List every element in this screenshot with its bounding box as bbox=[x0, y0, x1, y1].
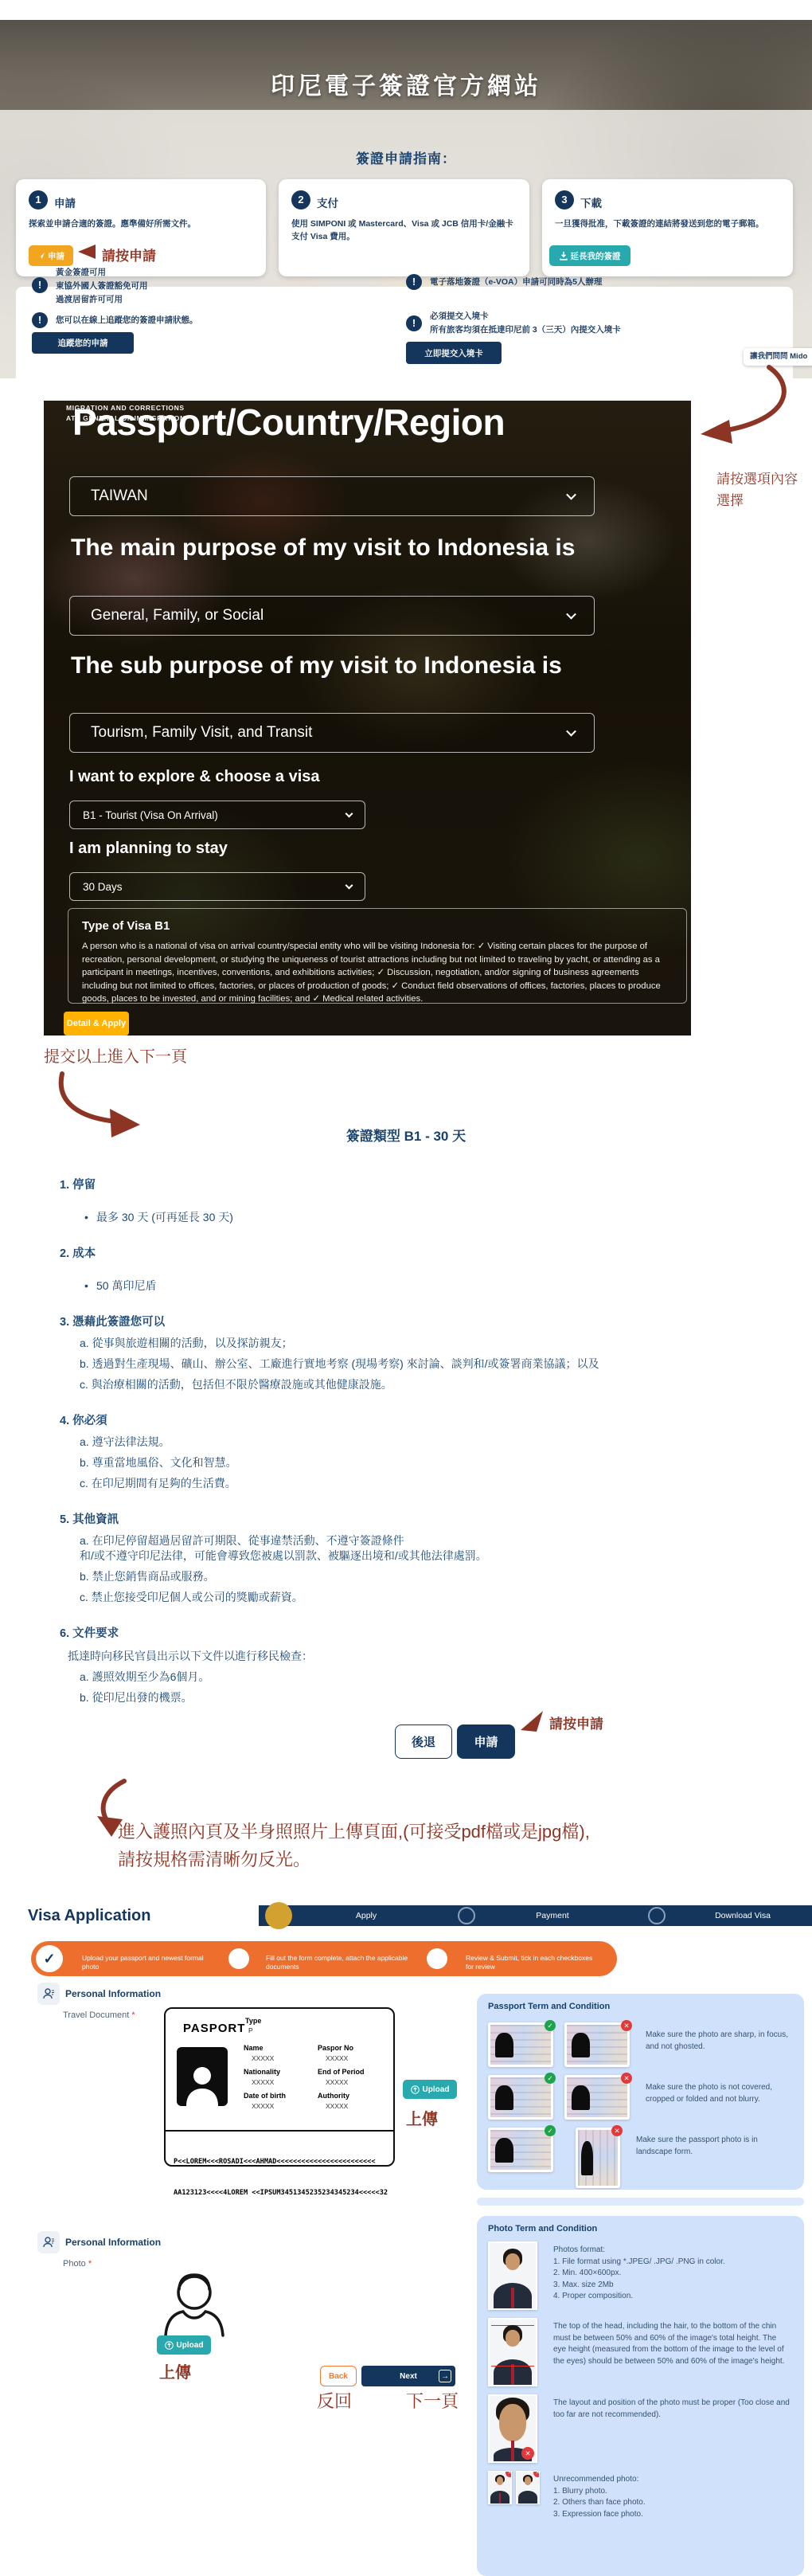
visa-detail-line: 3. 憑藉此簽證您可以 bbox=[60, 1315, 784, 1330]
photo-examples: ✕ ✕ bbox=[488, 2394, 542, 2464]
passport-silhouette-icon bbox=[495, 2033, 513, 2057]
passport-field-label: End of Period bbox=[318, 2068, 387, 2076]
cross-badge-icon: ✕ bbox=[621, 2020, 632, 2031]
visa-type-value: B1 - Tourist (Visa On Arrival) bbox=[83, 809, 218, 821]
annotation-press-apply: 請按申請 bbox=[102, 245, 156, 264]
step-indicator-active-icon bbox=[265, 1902, 292, 1929]
annotation-back: 反回 bbox=[317, 2388, 352, 2413]
visa-detail-line: 5. 其他資訊 bbox=[60, 1513, 784, 1528]
extend-visa-button[interactable]: 延長我的簽證 bbox=[549, 245, 630, 266]
visa-detail-line: 2. 成本 bbox=[60, 1247, 784, 1262]
passport-terms-title: Passport Term and Condition bbox=[477, 1994, 804, 2014]
chevron-down-icon bbox=[345, 810, 353, 818]
passport-field-label: Date of birth bbox=[244, 2092, 313, 2100]
next-button[interactable]: Next → bbox=[361, 2366, 455, 2386]
visa-detail-line: c. 禁止您接受印尼個人或公司的獎勵或薪資。 bbox=[80, 1590, 784, 1605]
sub-purpose-select[interactable]: Tourism, Family Visit, and Transit bbox=[69, 713, 595, 753]
country-select-value: TAIWAN bbox=[91, 487, 148, 505]
passport-term-text: Make sure the passport photo is in lands… bbox=[631, 2128, 793, 2190]
cross-badge-icon: ✕ bbox=[521, 2447, 534, 2460]
evisa-selector-screenshot: MIGRATION AND CORRECTIONS ATE GENERAL OF… bbox=[44, 401, 691, 1035]
portrait-photo-example: ✕ bbox=[488, 2318, 537, 2386]
note-visa-types: 黃金簽證可用 東協外國人簽證豁免可用 過渡居留許可可用 bbox=[56, 266, 374, 307]
visa-detail-line: 最多 30 天 (可再延長 30 天) bbox=[96, 1210, 784, 1225]
photo-term-text: Photos format: 1. File format using *.JP… bbox=[542, 2241, 728, 2312]
main-purpose-select[interactable]: General, Family, or Social bbox=[69, 596, 595, 636]
application-stepper: Apply Payment Download Visa bbox=[259, 1905, 812, 1926]
heading-sub-purpose: The sub purpose of my visit to Indonesia… bbox=[71, 652, 562, 679]
passport-field: Date of birth XXXXX bbox=[244, 2092, 313, 2110]
photo-tie bbox=[511, 2288, 515, 2308]
check-badge-icon: ✓ bbox=[545, 2125, 556, 2136]
visa-detail-line: 6. 文件要求 bbox=[60, 1627, 784, 1642]
upload-photo-button[interactable]: Upload bbox=[157, 2335, 211, 2355]
submit-arrival-card-button[interactable]: 立即提交入境卡 bbox=[406, 342, 502, 364]
photo-label-text: Photo bbox=[63, 2259, 86, 2269]
cross-badge-icon: ✕ bbox=[533, 2471, 540, 2477]
note-evoa: 電子落地簽證（e-VOA）申請可同時為5人辦理 bbox=[430, 276, 772, 289]
step-title: 支付 bbox=[317, 194, 338, 210]
photo-examples: ✕ ✕ bbox=[488, 2241, 542, 2312]
photo-face bbox=[506, 2330, 521, 2347]
section-personal-information: Personal Information bbox=[65, 1988, 161, 1999]
step-card-download: 3 下載 一旦獲得批准，下載簽證的連結將發送到您的電子郵箱。 延長我的簽證 bbox=[542, 179, 793, 276]
visa-type-select[interactable]: B1 - Tourist (Visa On Arrival) bbox=[69, 801, 365, 829]
page-title: 印尼電子簽證官方網站 bbox=[0, 66, 812, 101]
step-description: 探索並申請合適的簽證。應準備好所需文件。 bbox=[29, 217, 256, 230]
stepper-tab-payment[interactable]: Payment bbox=[536, 1911, 568, 1920]
person-icon bbox=[37, 2231, 60, 2253]
passport-term-text: Make sure the photo is not covered, crop… bbox=[641, 2075, 793, 2120]
passport-field: Name XXXXX bbox=[244, 2044, 313, 2062]
next-button-label: Next bbox=[400, 2372, 417, 2381]
visa-detail-line: a. 從事與旅遊相關的活動，以及探訪親友； bbox=[80, 1336, 784, 1351]
passport-mrz: P<<LOREM<<<ROSADI<<<AHMAD<<<<<<<<<<<<<<<… bbox=[174, 2136, 388, 2219]
passport-field: Paspor No XXXXX bbox=[318, 2044, 387, 2062]
passport-divider bbox=[166, 2130, 393, 2132]
mrz-line-2: AA123123<<<<4LOREM <<IPSUM34513452352343… bbox=[174, 2188, 388, 2198]
avatar-placeholder-image bbox=[156, 2270, 232, 2337]
passport-field-value: XXXXX bbox=[244, 2076, 313, 2086]
application-substepper: ✓ Upload your passport and newest formal… bbox=[31, 1941, 617, 1976]
apply-button-label: 申請 bbox=[48, 250, 64, 262]
upload-icon bbox=[165, 2341, 174, 2350]
cross-badge-icon: ✕ bbox=[506, 2471, 512, 2477]
main-purpose-value: General, Family, or Social bbox=[91, 607, 264, 624]
check-icon: ✓ bbox=[36, 1945, 63, 1972]
visa-detail-line: a. 護照效期至少為6個月。 bbox=[80, 1670, 784, 1685]
travel-document-label-text: Travel Document bbox=[63, 2010, 129, 2020]
heading-stay-duration: I am planning to stay bbox=[69, 840, 228, 858]
heading-passport-country: Passport/Country/Region bbox=[72, 401, 505, 444]
visa-detail-line: b. 禁止您銷售商品或服務。 bbox=[80, 1569, 784, 1584]
upload-button-label: Upload bbox=[177, 2341, 204, 2350]
visa-detail-line: 4. 你必須 bbox=[60, 1414, 784, 1429]
page-root: 印尼電子簽證官方網站 簽證申請指南： 1 申請 探索並申請合適的簽證。應準備好所… bbox=[0, 0, 812, 2576]
passport-field-value: XXXXX bbox=[318, 2076, 387, 2086]
step-number: 2 bbox=[291, 190, 310, 209]
upload-passport-button[interactable]: Upload bbox=[403, 2080, 457, 2099]
visa-detail-line: a. 遵守法律法規。 bbox=[80, 1435, 784, 1450]
photo-tie bbox=[499, 2493, 501, 2504]
apply-button[interactable]: 申請 bbox=[29, 245, 73, 266]
photo-face bbox=[525, 2476, 532, 2484]
stepper-tab-apply[interactable]: Apply bbox=[356, 1911, 377, 1920]
photo-term-rule: ✕ ✕ Photos format: 1. File format using … bbox=[488, 2241, 793, 2312]
passport-type-label: Type bbox=[245, 2017, 261, 2025]
passport-field-label: Nationality bbox=[244, 2068, 313, 2076]
photo-term-text: The top of the head, including the hair,… bbox=[542, 2318, 793, 2388]
exclamation-icon: ! bbox=[32, 312, 48, 328]
visa-info-text: A person who is a national of visa on ar… bbox=[82, 940, 673, 1006]
passport-terms-rules: ✓ ✕ Make sure the photo are sharp, in fo… bbox=[477, 2022, 804, 2190]
passport-term-text: Make sure the photo are sharp, in focus,… bbox=[641, 2022, 793, 2067]
passport-photo-bad-example: ✕ bbox=[564, 2075, 630, 2120]
photo-field-label: Photo * bbox=[63, 2259, 92, 2269]
substep-circle-icon bbox=[427, 1948, 447, 1969]
download-icon bbox=[560, 252, 568, 260]
passport-field-value: XXXXX bbox=[244, 2100, 313, 2110]
extend-visa-label: 延長我的簽證 bbox=[571, 250, 621, 262]
mrz-line-1: P<<LOREM<<<ROSADI<<<AHMAD<<<<<<<<<<<<<<<… bbox=[174, 2157, 388, 2167]
passport-field: Authority XXXXX bbox=[318, 2092, 387, 2110]
photo-term-text: Unrecommended photo: 1. Blurry photo. 2.… bbox=[542, 2471, 649, 2520]
passport-photo-good-example: ✓ bbox=[488, 2022, 553, 2067]
annotation-next: 下一頁 bbox=[406, 2388, 459, 2413]
visa-detail-heading: 簽證類型 B1 - 30 天 bbox=[0, 1125, 812, 1145]
substep-circle-icon bbox=[228, 1948, 249, 1969]
photo-tie bbox=[511, 2364, 515, 2385]
annotation-select-hint: 請按選項內容 選擇 bbox=[716, 468, 812, 511]
cross-badge-icon: ✕ bbox=[611, 2125, 623, 2136]
chevron-down-icon bbox=[345, 882, 353, 890]
annotation-submit-hint: 提交以上進入下一頁 bbox=[44, 1043, 187, 1067]
required-asterisk: * bbox=[131, 2010, 135, 2020]
passport-silhouette-icon bbox=[581, 2141, 593, 2175]
step-card-apply: 1 申請 探索並申請合適的簽證。應準備好所需文件。 申請 請按申請 bbox=[16, 179, 266, 276]
passport-type-value: P bbox=[248, 2026, 253, 2034]
portrait-photo-example: ✕ bbox=[488, 2471, 512, 2504]
back-button[interactable]: 後退 bbox=[395, 1725, 452, 1759]
passport-term-rule: ✓ ✕ Make sure the photo is not covered, … bbox=[488, 2075, 793, 2120]
annotation-upload-photo: 上傳 bbox=[159, 2359, 191, 2382]
stay-duration-select[interactable]: 30 Days bbox=[69, 872, 365, 901]
send-icon bbox=[37, 252, 45, 260]
exclamation-icon: ! bbox=[406, 274, 422, 290]
photo-term-text: The layout and position of the photo mus… bbox=[542, 2394, 793, 2464]
passport-photo-good-example: ✓ bbox=[488, 2128, 553, 2172]
photo-face bbox=[499, 2404, 527, 2442]
portrait-photo-example: ✕ bbox=[488, 2394, 537, 2463]
substep-form-label: Fill out the form complete, attach the a… bbox=[266, 1954, 417, 1971]
step-indicator-icon bbox=[458, 1907, 475, 1924]
passport-term-rule: ✓ ✕ Make sure the passport photo is in l… bbox=[488, 2128, 793, 2190]
note-arrival-card: 必須提交入境卡 所有旅客均須在抵達印尼前 3（三天）內提交入境卡 bbox=[430, 310, 772, 337]
photo-tie bbox=[511, 2441, 515, 2461]
passport-silhouette-icon bbox=[572, 2085, 590, 2110]
person-icon bbox=[37, 1983, 60, 2005]
visa-detail-line: b. 從印尼出發的機票。 bbox=[80, 1690, 784, 1705]
cross-badge-icon: ✕ bbox=[621, 2073, 632, 2084]
sub-purpose-value: Tourism, Family Visit, and Transit bbox=[91, 724, 312, 742]
chevron-down-icon bbox=[566, 726, 576, 737]
track-application-button[interactable]: 追蹤您的申請 bbox=[32, 332, 134, 354]
upload-icon bbox=[411, 2085, 420, 2094]
visa-info-box: Type of Visa B1 A person who is a nation… bbox=[68, 908, 687, 1004]
upload-button-label: Upload bbox=[423, 2085, 450, 2094]
section-personal-information: Personal Information bbox=[65, 2237, 161, 2248]
arrow-right-icon: → bbox=[439, 2370, 451, 2382]
passport-terms-panel: Passport Term and Condition ✓ ✕ Make sur… bbox=[477, 1994, 804, 2190]
photo-terms-panel: Photo Term and Condition ✕ bbox=[477, 2216, 804, 2576]
passport-fields: Name XXXXX Paspor No XXXXX Nationality X… bbox=[244, 2044, 387, 2110]
exclamation-icon: ! bbox=[406, 315, 422, 331]
passport-silhouette-icon bbox=[495, 2085, 513, 2110]
passport-field-label: Name bbox=[244, 2044, 313, 2052]
annotation-press-apply: 請按申請 bbox=[549, 1713, 603, 1732]
visa-detail-line: c. 與治療相關的活動，包括但不限於醫療設施或其他健康設施。 bbox=[80, 1377, 784, 1392]
guide-heading: 簽證申請指南： bbox=[0, 147, 812, 167]
visa-detail-line: b. 尊重當地風俗、文化和智慧。 bbox=[80, 1455, 784, 1470]
photo-term-rule: ✕ ✕ The top of the head, including the h… bbox=[488, 2318, 793, 2388]
passport-field-value: XXXXX bbox=[318, 2052, 387, 2062]
passport-silhouette-icon bbox=[495, 2138, 513, 2163]
passport-sample-title: PASPORT bbox=[183, 2022, 245, 2035]
travel-document-label: Travel Document * bbox=[63, 2010, 135, 2020]
check-badge-icon: ✓ bbox=[545, 2073, 556, 2084]
annotation-upload-passport: 上傳 bbox=[406, 2106, 438, 2129]
step-card-payment: 2 支付 使用 SIMPONI 或 Mastercard、Visa 或 JCB … bbox=[279, 179, 529, 276]
annotation-arrow-icon bbox=[519, 1708, 546, 1732]
exclamation-icon: ! bbox=[32, 277, 48, 293]
panel-divider bbox=[477, 2198, 804, 2206]
chevron-down-icon bbox=[566, 490, 576, 500]
photo-face bbox=[506, 2253, 521, 2270]
photo-examples: ✕ ✕ bbox=[488, 2471, 542, 2520]
visa-detail-line: 抵達時向移民官員出示以下文件以進行移民檢查： bbox=[68, 1649, 784, 1664]
portrait-photo-example: ✕ bbox=[488, 2241, 537, 2310]
stepper-tab-download[interactable]: Download Visa bbox=[715, 1911, 771, 1920]
passport-field: Nationality XXXXX bbox=[244, 2068, 313, 2086]
step-title: 申請 bbox=[54, 194, 76, 210]
step-indicator-icon bbox=[648, 1907, 666, 1924]
annotation-upload-page-hint: 進入護照內頁及半身照照片上傳頁面,(可接受pdf檔或是jpg檔), 請按規格需清… bbox=[118, 1818, 590, 1873]
passport-photo-good-example: ✓ bbox=[488, 2075, 553, 2120]
application-title: Visa Application bbox=[28, 1907, 150, 1925]
detail-apply-button[interactable]: Detail & Apply bbox=[64, 1012, 129, 1035]
passport-field-label: Paspor No bbox=[318, 2044, 387, 2052]
visa-detail-line: b. 透過對生產現場、礦山、辦公室、工廠進行實地考察 (現場考察) 來討論、談判… bbox=[80, 1357, 784, 1372]
passport-field: End of Period XXXXX bbox=[318, 2068, 387, 2086]
photo-terms-rules: ✕ ✕ Photos format: 1. File format using … bbox=[477, 2241, 804, 2520]
chevron-down-icon bbox=[566, 609, 576, 620]
country-select[interactable]: TAIWAN bbox=[69, 476, 595, 516]
photo-examples: ✕ ✕ bbox=[488, 2318, 542, 2388]
step-number: 3 bbox=[555, 190, 574, 209]
apply-button[interactable]: 申請 bbox=[457, 1725, 515, 1759]
step-description: 一旦獲得批准，下載簽證的連結將發送到您的電子郵箱。 bbox=[555, 217, 782, 230]
passport-field-value: XXXXX bbox=[318, 2100, 387, 2110]
step-description: 使用 SIMPONI 或 Mastercard、Visa 或 JCB 信用卡/金… bbox=[291, 217, 518, 243]
substep-upload-label: Upload your passport and newest formal p… bbox=[82, 1954, 205, 1971]
photo-face bbox=[497, 2476, 504, 2484]
passport-photo-bad-example: ✕ bbox=[564, 2022, 630, 2067]
visa-detail-list: 1. 停留 最多 30 天 (可再延長 30 天) 2. 成本 50 萬印尼盾 … bbox=[60, 1157, 784, 1705]
passport-field-value: XXXXX bbox=[244, 2052, 313, 2062]
annotation-curved-arrow-icon bbox=[691, 362, 812, 452]
visa-detail-line: c. 在印尼期間有足夠的生活費。 bbox=[80, 1476, 784, 1491]
passport-photo-bad-example: ✕ bbox=[576, 2128, 620, 2188]
annotation-arrow-left-icon bbox=[78, 245, 96, 259]
step-number: 1 bbox=[29, 190, 48, 209]
passport-term-rule: ✓ ✕ Make sure the photo are sharp, in fo… bbox=[488, 2022, 793, 2067]
note-track-status: 您可以在線上追蹤您的簽證申請狀態。 bbox=[56, 314, 374, 327]
passport-silhouette-icon bbox=[572, 2033, 590, 2057]
stay-duration-value: 30 Days bbox=[83, 881, 123, 893]
visa-detail-line: 50 萬印尼盾 bbox=[96, 1278, 784, 1294]
photo-suit bbox=[518, 2491, 537, 2504]
photo-term-rule: ✕ ✕ The layout and position of the photo… bbox=[488, 2394, 793, 2464]
check-badge-icon: ✓ bbox=[545, 2020, 556, 2031]
passport-field-label: Authority bbox=[318, 2092, 387, 2100]
visa-info-title: Type of Visa B1 bbox=[82, 919, 673, 933]
heading-main-purpose: The main purpose of my visit to Indonesi… bbox=[71, 534, 575, 562]
required-asterisk: * bbox=[88, 2259, 92, 2269]
passport-photo-silhouette-icon bbox=[177, 2047, 228, 2106]
passport-sample-image: PASPORT Type P Name XXXXX Paspor No XXXX… bbox=[164, 2007, 395, 2167]
step-title: 下載 bbox=[580, 194, 602, 210]
photo-term-rule: ✕ ✕ Unrecommended photo: 1. Blurry photo… bbox=[488, 2471, 793, 2520]
portrait-photo-example-2: ✕ bbox=[516, 2471, 540, 2504]
substep-review-label: Review & Submit, tick in each checkboxes… bbox=[466, 1954, 601, 1971]
visa-detail-line: a. 在印尼停留超過居留許可期限、從事違禁活動、不遵守簽證條件 和/或不遵守印尼… bbox=[80, 1533, 784, 1564]
photo-terms-title: Photo Term and Condition bbox=[477, 2216, 804, 2237]
heading-choose-visa: I want to explore & choose a visa bbox=[69, 768, 320, 786]
visa-detail-line: 1. 停留 bbox=[60, 1178, 784, 1193]
back-button[interactable]: Back bbox=[320, 2366, 357, 2386]
